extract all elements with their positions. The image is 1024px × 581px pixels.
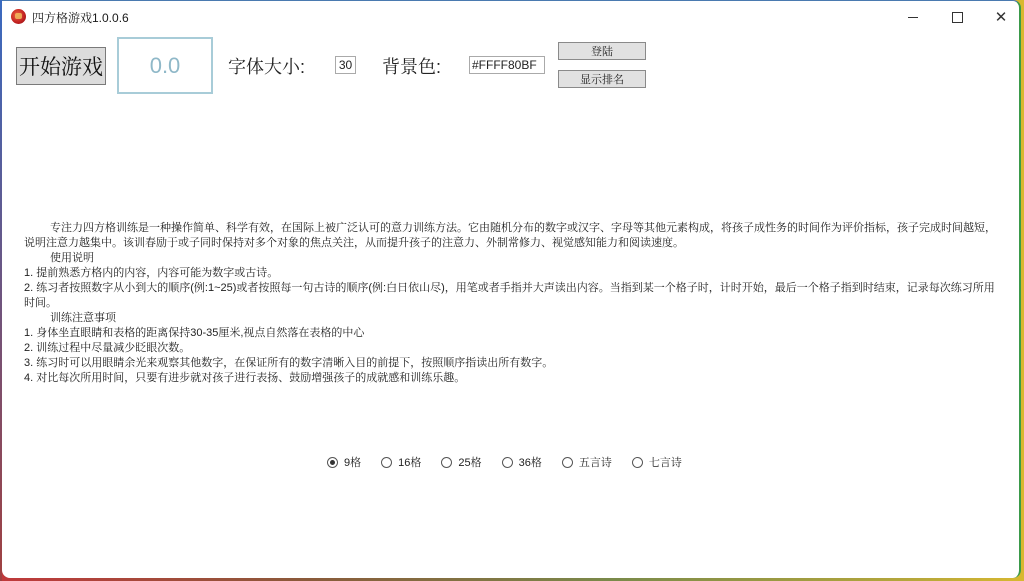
- notes-heading: 训练注意事项: [24, 311, 1000, 326]
- grid-size-radio-group: 9格 16格 25格 36格 五言诗 七言诗: [327, 454, 702, 470]
- font-size-label: 字体大小:: [228, 53, 305, 79]
- title-bar[interactable]: 四方格游戏1.0.0.6 ✕: [2, 1, 1019, 33]
- usage-heading: 使用说明: [24, 251, 1000, 266]
- instructions-text: 专注力四方格训练是一种操作简单、科学有效，在国际上被广泛认可的意力训练方法。它由…: [24, 221, 1000, 386]
- font-size-input[interactable]: [335, 56, 356, 74]
- radio-36-grid[interactable]: 36格: [502, 454, 542, 470]
- radio-unchecked-icon[interactable]: [381, 457, 392, 468]
- close-button[interactable]: ✕: [978, 1, 1021, 33]
- note-item: 3. 练习时可以用眼睛余光来观察其他数字，在保证所有的数字清晰入目的前提下，按照…: [24, 356, 1000, 371]
- start-game-button[interactable]: 开始游戏: [16, 47, 106, 85]
- usage-item: 1. 提前熟悉方格内的内容，内容可能为数字或古诗。: [24, 266, 1000, 281]
- note-item: 1. 身体坐直眼睛和表格的距离保持30-35厘米,视点自然落在表格的中心: [24, 326, 1000, 341]
- minimize-icon: [908, 17, 918, 18]
- radio-label: 36格: [519, 454, 542, 470]
- app-icon: [11, 9, 26, 24]
- app-window: 四方格游戏1.0.0.6 ✕ 开始游戏 0.0 字体大小: 背景色: 登陆 显示…: [2, 0, 1021, 578]
- show-ranking-button[interactable]: 显示排名: [558, 70, 646, 88]
- note-item: 2. 训练过程中尽量减少眨眼次数。: [24, 341, 1000, 356]
- window-title: 四方格游戏1.0.0.6: [32, 9, 129, 26]
- maximize-icon: [952, 12, 963, 23]
- radio-16-grid[interactable]: 16格: [381, 454, 421, 470]
- login-button[interactable]: 登陆: [558, 42, 646, 60]
- radio-label: 16格: [398, 454, 421, 470]
- radio-unchecked-icon[interactable]: [502, 457, 513, 468]
- radio-five-char-poem[interactable]: 五言诗: [562, 454, 612, 470]
- radio-9-grid[interactable]: 9格: [327, 454, 361, 470]
- close-icon: ✕: [995, 10, 1008, 25]
- intro-paragraph: 专注力四方格训练是一种操作简单、科学有效，在国际上被广泛认可的意力训练方法。它由…: [24, 221, 1000, 251]
- maximize-button[interactable]: [934, 1, 980, 33]
- radio-25-grid[interactable]: 25格: [441, 454, 481, 470]
- radio-label: 五言诗: [579, 454, 612, 470]
- usage-item: 2. 练习者按照数字从小到大的顺序(例:1~25)或者按照每一句古诗的顺序(例:…: [24, 281, 1000, 311]
- background-color-input[interactable]: [469, 56, 545, 74]
- radio-unchecked-icon[interactable]: [441, 457, 452, 468]
- minimize-button[interactable]: [890, 1, 936, 33]
- background-color-label: 背景色:: [382, 53, 441, 79]
- radio-label: 七言诗: [649, 454, 682, 470]
- timer-display: 0.0: [117, 37, 213, 94]
- radio-seven-char-poem[interactable]: 七言诗: [632, 454, 682, 470]
- radio-unchecked-icon[interactable]: [562, 457, 573, 468]
- radio-label: 9格: [344, 454, 361, 470]
- radio-unchecked-icon[interactable]: [632, 457, 643, 468]
- radio-label: 25格: [458, 454, 481, 470]
- note-item: 4. 对比每次所用时间，只要有进步就对孩子进行表扬、鼓励增强孩子的成就感和训练乐…: [24, 371, 1000, 386]
- radio-checked-icon[interactable]: [327, 457, 338, 468]
